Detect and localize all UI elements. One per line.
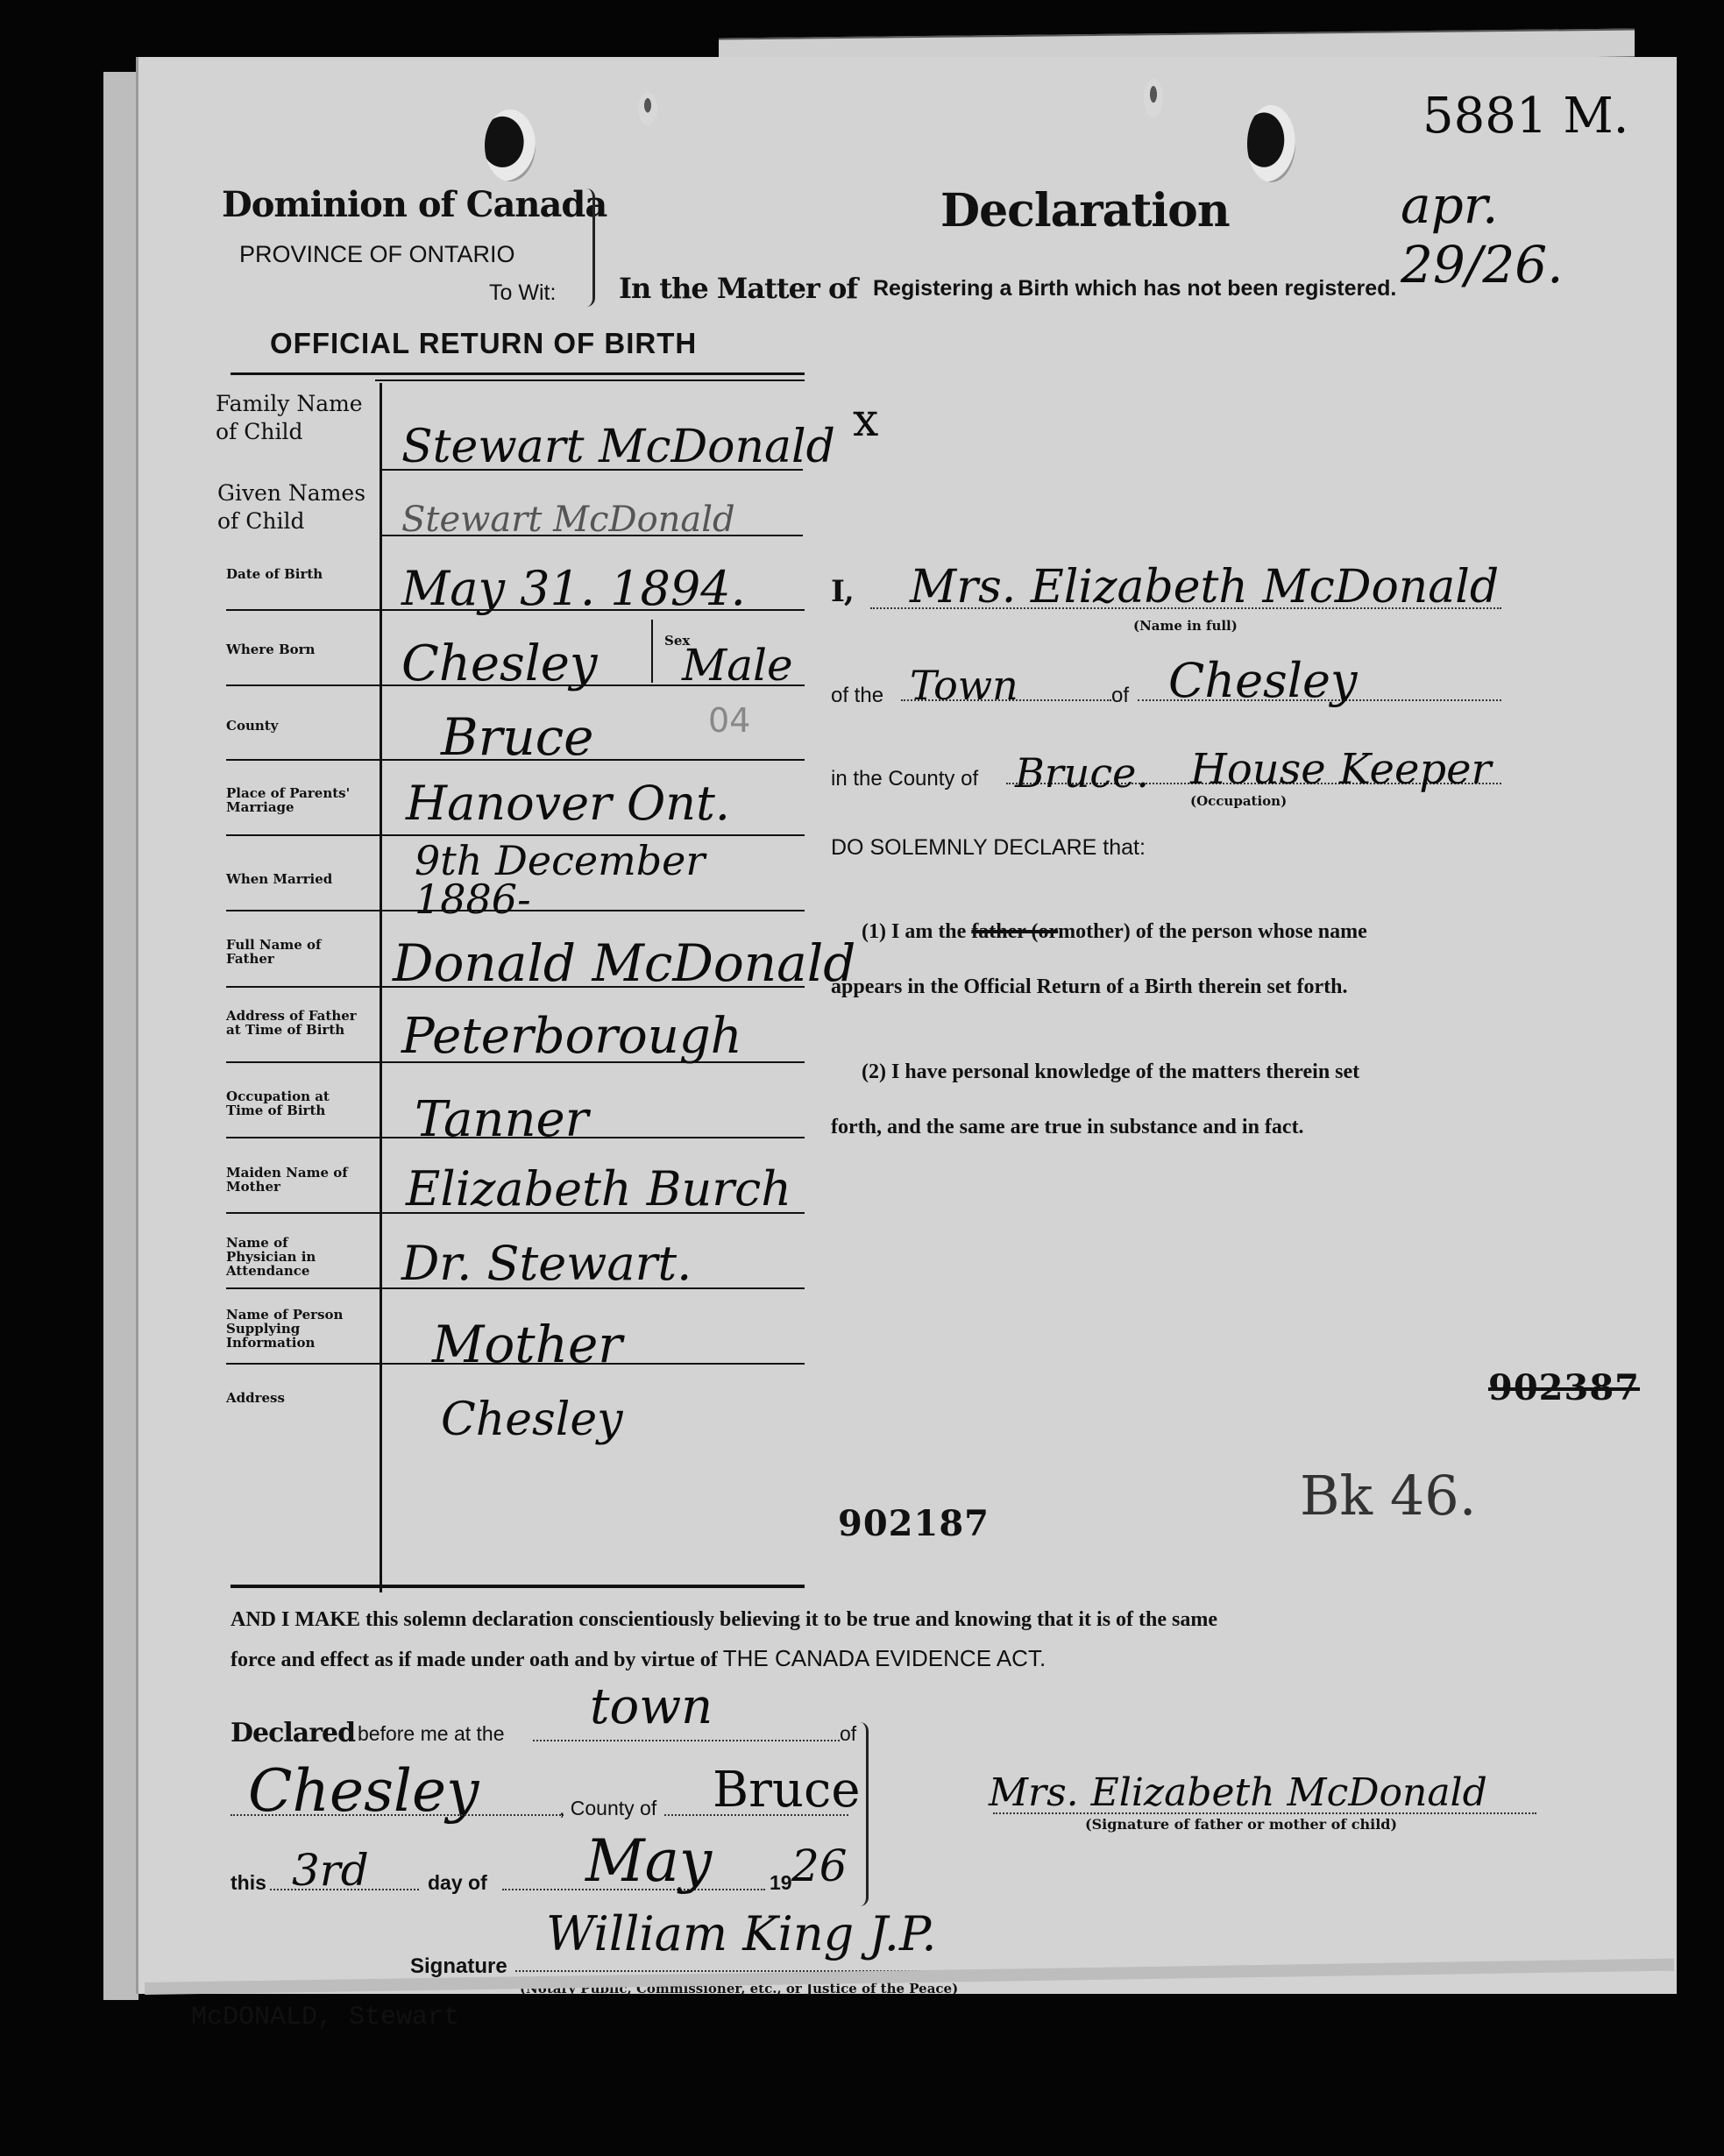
place-line <box>231 1814 564 1816</box>
signature-label: Signature <box>410 1954 507 1979</box>
label-date-of-birth: Date of Birth <box>226 567 323 581</box>
row-rule <box>226 1287 805 1289</box>
label-given-names: Given Names of Child <box>217 479 380 535</box>
row-rule <box>226 986 805 988</box>
sex-divider <box>651 620 653 683</box>
declarant-occupation: House Keeper <box>1190 745 1491 794</box>
value-family-name: Stewart McDonald <box>401 421 835 473</box>
value-address: Chesley <box>441 1394 623 1446</box>
parent-signature-caption: (Signature of father or mother of child) <box>1085 1816 1397 1833</box>
declarant-county: Bruce. <box>1015 749 1149 797</box>
declarant-name: Mrs. Elizabeth McDonald <box>910 561 1499 613</box>
of-the-label: of the <box>831 684 883 708</box>
label-family-name: Family Name of Child <box>216 390 378 446</box>
clause-1: (1) I am the father (ormother) of the pe… <box>862 920 1367 944</box>
value-place-of-marriage: Hanover Ont. <box>406 776 730 831</box>
value-when-married: 9th December 1886- <box>415 841 783 918</box>
label-when-married: When Married <box>226 872 332 886</box>
matter-text: Registering a Birth which has not been r… <box>873 276 1396 301</box>
value-father-occupation: Tanner <box>415 1091 588 1148</box>
row-rule <box>226 609 805 611</box>
place-type: town <box>590 1678 713 1735</box>
of-label: of <box>1111 684 1129 708</box>
index-label: McDONALD, Stewart <box>191 2003 459 2032</box>
parent-signature: Mrs. Elizabeth McDonald <box>989 1770 1487 1815</box>
header-brace <box>585 188 595 307</box>
label-where-born: Where Born <box>226 642 315 656</box>
row-rule <box>226 1137 805 1138</box>
punch-hole <box>485 110 536 181</box>
declaration-i: I, <box>831 574 854 609</box>
declared-month: May <box>585 1827 712 1895</box>
label-father-address: Address of Father at Time of Birth <box>226 1009 366 1037</box>
to-wit-label: To Wit: <box>489 280 556 306</box>
table-bottom-rule <box>231 1585 805 1588</box>
row-rule <box>226 1061 805 1063</box>
clause-1-line-2: appears in the Official Return of a Birt… <box>831 975 1348 999</box>
book-reference: Bk 46. <box>1300 1464 1476 1528</box>
under-sheet-edge <box>103 72 138 2000</box>
punch-hole <box>1144 79 1163 117</box>
row-rule <box>382 535 803 536</box>
oath-line-1: AND I MAKE this solemn declaration consc… <box>231 1608 1217 1632</box>
label-mother-maiden-name: Maiden Name of Mother <box>226 1166 349 1194</box>
solemnly-declare: DO SOLEMNLY DECLARE that: <box>831 835 1146 861</box>
declared-county: Bruce <box>713 1762 861 1819</box>
label-informant: Name of Person Supplying Information <box>226 1308 366 1350</box>
table-vertical-divider <box>380 383 382 1592</box>
occupation-caption: (Occupation) <box>1190 793 1287 809</box>
municipality: Chesley <box>1168 653 1358 708</box>
value-physician: Dr. Stewart. <box>401 1236 692 1291</box>
this-label: this <box>231 1871 266 1895</box>
matter-prefix: In the Matter of <box>619 272 857 305</box>
county-of-label: , County of <box>559 1797 656 1820</box>
label-place-of-marriage: Place of Parents' Marriage <box>226 786 375 814</box>
value-county: Bruce <box>441 707 594 767</box>
declaration-title: Declaration <box>940 184 1230 238</box>
official-signature: William King J.P. <box>546 1906 937 1961</box>
value-date-of-birth: May 31. 1894. <box>401 561 746 616</box>
municipality-type: Town <box>910 662 1018 709</box>
declared-day: 3rd <box>292 1845 369 1896</box>
punch-hole <box>638 92 657 125</box>
value-father-name: Donald McDonald <box>393 933 855 993</box>
label-father-name: Full Name of Father <box>226 938 349 966</box>
punch-hole <box>1247 105 1295 182</box>
place-type-line <box>533 1740 840 1741</box>
form-title: OFFICIAL RETURN OF BIRTH <box>270 327 697 360</box>
row-rule <box>382 469 803 471</box>
title-rule <box>375 379 805 381</box>
label-address: Address <box>226 1391 285 1405</box>
year-prefix: 19 <box>770 1871 792 1895</box>
row-rule <box>226 910 805 911</box>
struck-stamp-number: 902387 <box>1488 1367 1640 1408</box>
in-county-label: in the County of <box>831 767 978 791</box>
row-rule <box>226 759 805 761</box>
value-informant: Mother <box>432 1315 622 1374</box>
province-heading: PROVINCE OF ONTARIO <box>239 241 515 268</box>
day-of-label: day of <box>428 1871 487 1895</box>
clause-2: (2) I have personal knowledge of the mat… <box>862 1060 1359 1084</box>
title-rule <box>231 372 805 375</box>
declared-year: 26 <box>791 1840 848 1891</box>
label-physician: Name of Physician in Attendance <box>226 1236 340 1278</box>
received-date: apr. 29/26. <box>1401 175 1677 294</box>
label-county: County <box>226 719 278 733</box>
value-mother-maiden-name: Elizabeth Burch <box>406 1161 791 1216</box>
label-father-occupation: Occupation at Time of Birth <box>226 1089 358 1117</box>
dominion-heading: Dominion of Canada <box>222 184 607 225</box>
document-page: 5881 M. apr. 29/26. Dominion of Canada P… <box>136 57 1677 1994</box>
declared-label: Declared <box>231 1718 355 1748</box>
clause-2-line-2: forth, and the same are true in substanc… <box>831 1116 1304 1139</box>
before-me-label: before me at the <box>358 1722 505 1746</box>
row-rule <box>226 684 805 686</box>
stamp-number: 902187 <box>838 1503 990 1544</box>
row-rule <box>226 1363 805 1365</box>
oath-line-2: force and effect as if made under oath a… <box>231 1645 1046 1672</box>
file-number: 5881 M. <box>1422 88 1628 145</box>
name-caption: (Name in full) <box>1133 618 1238 634</box>
margin-mark: x <box>853 394 878 447</box>
row-rule <box>226 1212 805 1214</box>
of-label-2: of <box>840 1722 856 1746</box>
value-sex: Male <box>682 640 793 691</box>
county-code: 04 <box>708 701 750 740</box>
value-father-address: Peterborough <box>401 1008 742 1065</box>
row-rule <box>226 834 805 836</box>
